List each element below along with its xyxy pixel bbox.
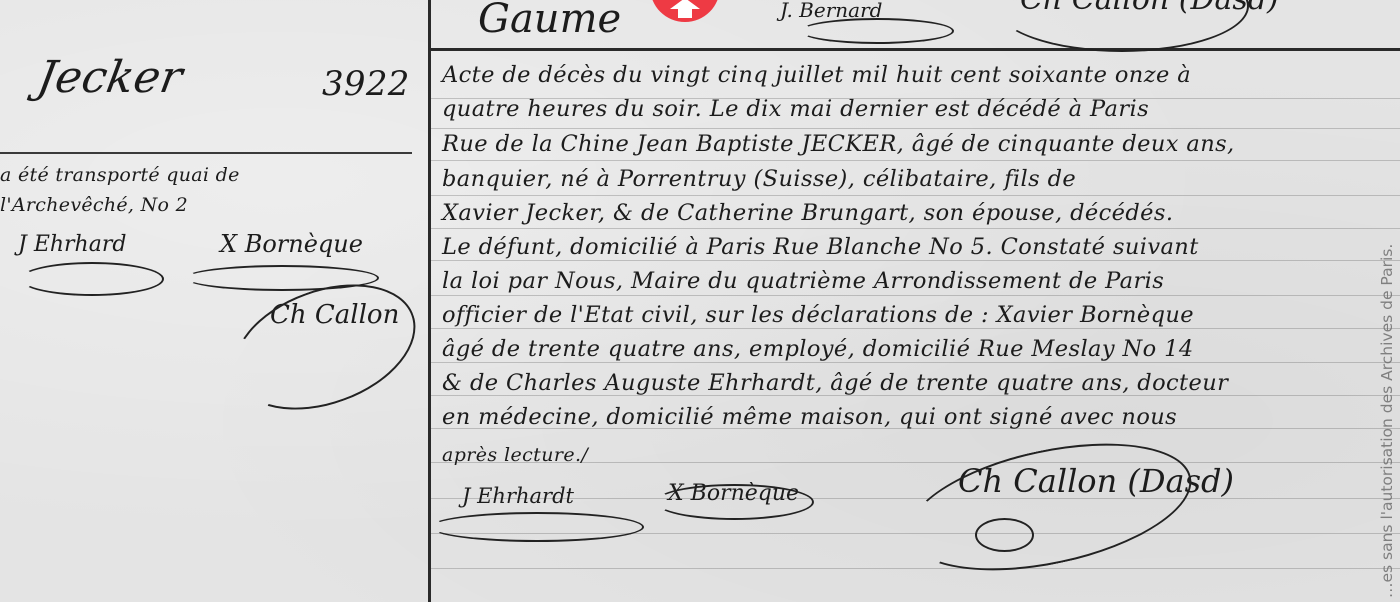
ruled-line (431, 228, 1400, 229)
margin-note-line: a été transporté quai de (0, 164, 240, 186)
act-line: officier de l'Etat civil, sur les déclar… (442, 302, 1194, 328)
signature-paraph-loop (975, 518, 1034, 552)
margin-signature-borneque: X Bornèque (220, 230, 363, 258)
scroll-to-top-button[interactable] (650, 0, 720, 22)
signature-ehrhardt: J Ehrhardt (462, 484, 574, 508)
ruled-line (431, 498, 1400, 499)
arrow-up-icon (670, 0, 700, 18)
ruled-line (431, 328, 1400, 329)
ruled-line (431, 362, 1400, 363)
archive-watermark: …es sans l'autorisation des Archives de … (1378, 158, 1396, 598)
signature-paraph (995, 0, 1249, 52)
ruled-line (431, 295, 1400, 296)
act-line: Xavier Jecker, & de Catherine Brungart, … (442, 200, 1173, 226)
act-line: la loi par Nous, Maire du quatrième Arro… (442, 268, 1164, 294)
register-scan: Gaume J. Bernard Ch Callon (Dasd) Jecker… (0, 0, 1400, 602)
column-divider (428, 0, 431, 602)
margin-note-line: l'Archevêché, No 2 (0, 194, 188, 216)
ruled-line (431, 195, 1400, 196)
act-line: en médecine, domicilié même maison, qui … (442, 404, 1177, 430)
act-line: banquier, né à Porrentruy (Suisse), céli… (442, 166, 1076, 192)
signature-flourish (655, 484, 814, 520)
ruled-line (431, 128, 1400, 129)
act-line: & de Charles Auguste Ehrhardt, âgé de tr… (442, 370, 1228, 396)
act-line: Rue de la Chine Jean Baptiste JECKER, âg… (442, 131, 1235, 157)
entry-separator (428, 48, 1400, 51)
act-line: Le défunt, domicilié à Paris Rue Blanche… (442, 234, 1199, 260)
ruled-line (431, 160, 1400, 161)
margin-signature-ehrhard: J Ehrhard (18, 232, 126, 257)
ruled-line (431, 260, 1400, 261)
signature-flourish (430, 512, 644, 542)
signature-flourish (20, 262, 164, 296)
previous-signature-gaume: Gaume (478, 0, 621, 42)
signature-flourish (800, 18, 954, 44)
act-line: âgé de trente quatre ans, employé, domic… (442, 336, 1194, 362)
act-line: quatre heures du soir. Le dix mai dernie… (442, 96, 1149, 122)
margin-surname: Jecker (34, 52, 187, 103)
act-number: 3922 (322, 64, 410, 104)
act-line: après lecture./ (442, 444, 588, 466)
margin-separator (0, 152, 412, 154)
ruled-line (431, 568, 1400, 569)
act-line: Acte de décès du vingt cinq juillet mil … (442, 62, 1191, 88)
